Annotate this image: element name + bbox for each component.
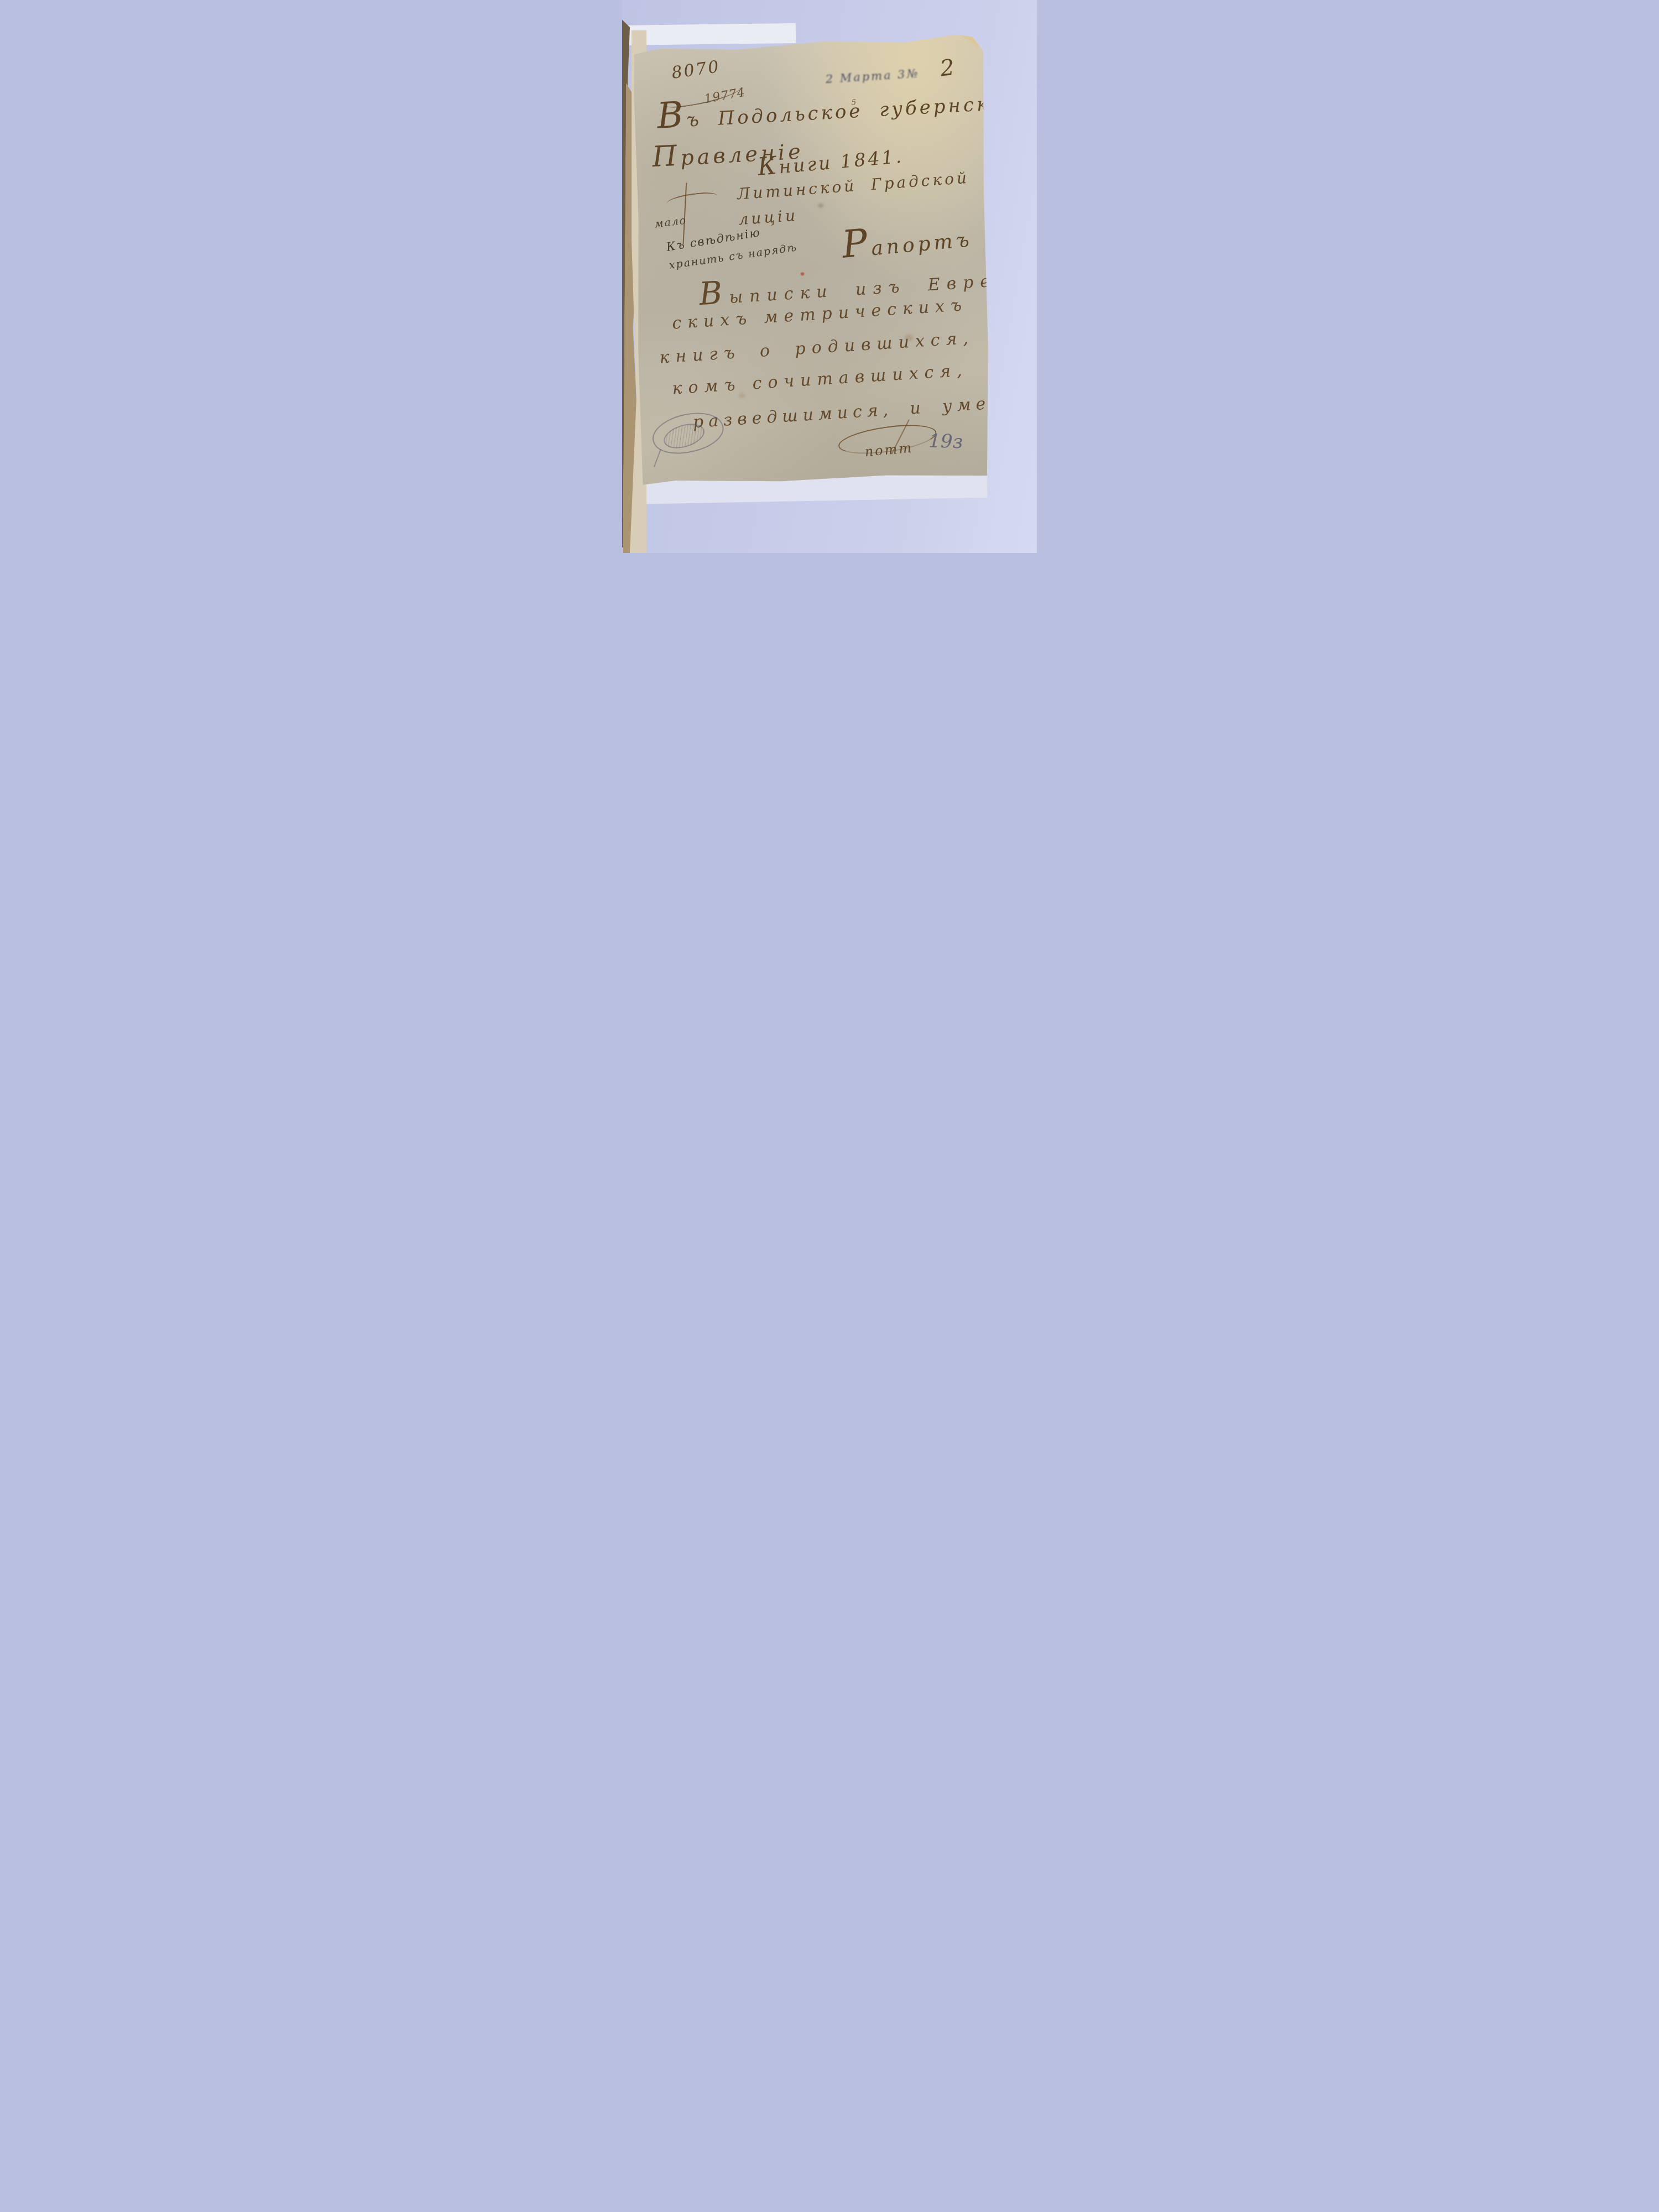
report-title: Рапортъ (841, 219, 973, 262)
date-stamp: 2 Марта 3№ (825, 67, 920, 86)
margin-note-small: мало (654, 215, 688, 229)
margin-cross-mark-bar (666, 191, 718, 208)
body-line-4: комъ сочитавшихся, (672, 362, 969, 398)
margin-cross-mark (683, 182, 687, 244)
photograph-of-manuscript: 8070 19774 2 Марта 3№ 2 5 Въ Подольское … (622, 0, 1037, 553)
body-line-3: книгъ о родившихся, бра (659, 326, 1037, 366)
white-paper-strip-top (622, 23, 796, 45)
corner-fold (961, 35, 977, 48)
pencil-doodle-tail (654, 449, 661, 467)
page-number: 2 (939, 56, 956, 80)
ink-speck (818, 204, 823, 208)
signature: потт (864, 441, 914, 459)
pencil-mark: 19з (928, 431, 963, 451)
sender-line-2: лиціи (738, 208, 799, 228)
doc-number: 8070 (671, 59, 722, 82)
manuscript-page: 8070 19774 2 Марта 3№ 2 5 Въ Подольское … (632, 34, 991, 487)
